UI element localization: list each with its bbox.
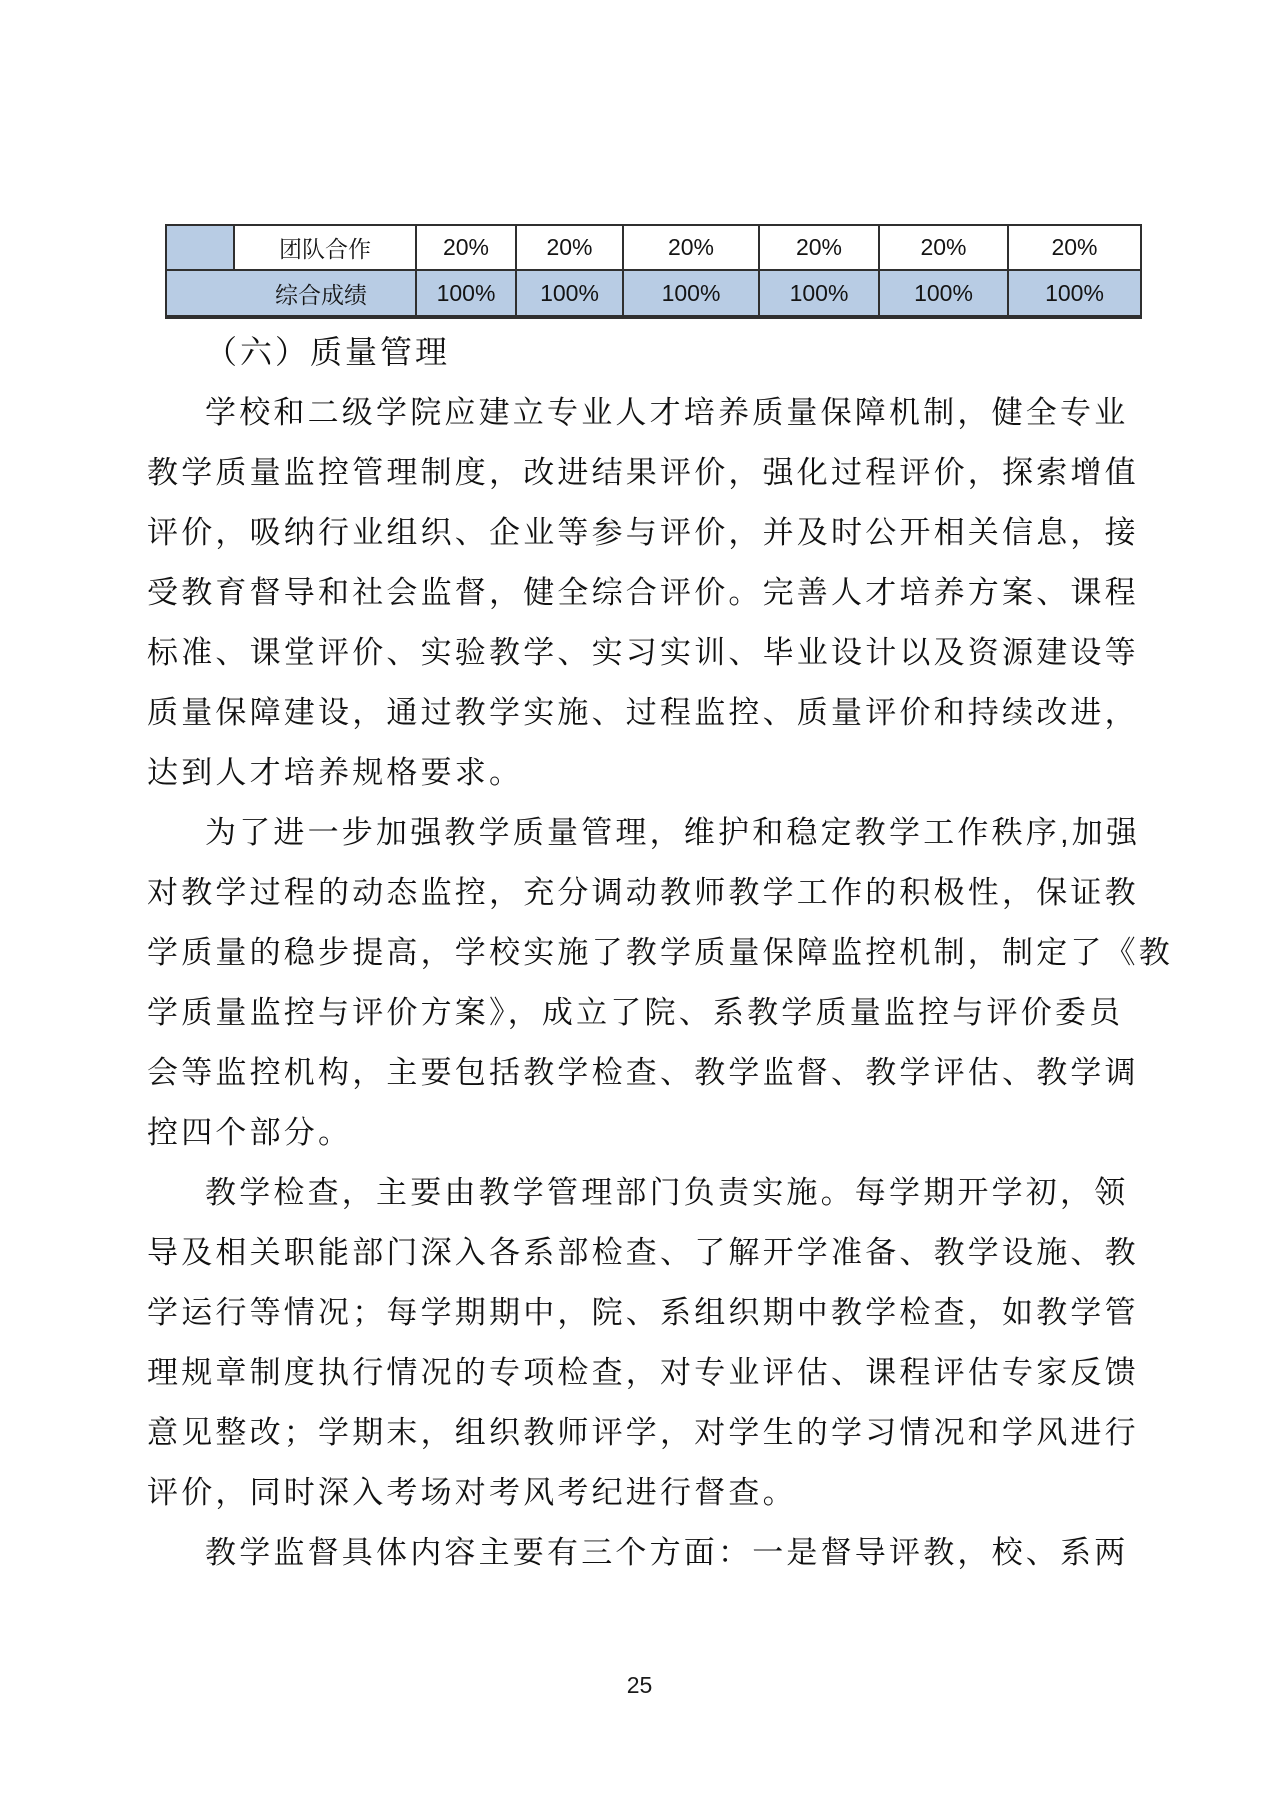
text-line: 教学监督具体内容主要有三个方面：一是督导评教，校、系两 — [147, 1523, 1139, 1583]
score-table-wrap: 团队合作20%20%20%20%20%20%综合成绩100%100%100%10… — [165, 224, 1142, 319]
table-cell: 100% — [416, 270, 516, 317]
section-heading: （六）质量管理 — [147, 332, 450, 372]
text-line: 学质量的稳步提高，学校实施了教学质量保障监控机制，制定了《教 — [147, 923, 1139, 983]
page-number: 25 — [0, 1672, 1279, 1699]
text-line: 意见整改；学期末，组织教师评学，对学生的学习情况和学风进行 — [147, 1403, 1139, 1463]
text-line: 评价，同时深入考场对考风考纪进行督查。 — [147, 1463, 1139, 1523]
document-body: 学校和二级学院应建立专业人才培养质量保障机制，健全专业教学质量监控管理制度，改进… — [147, 383, 1139, 1583]
text-line: 学校和二级学院应建立专业人才培养质量保障机制，健全专业 — [147, 383, 1139, 443]
text-line: 质量保障建设，通过教学实施、过程监控、质量评价和持续改进， — [147, 683, 1139, 743]
table-cell: 综合成绩 — [166, 270, 416, 317]
table-cell: 20% — [879, 225, 1008, 270]
document-page: 团队合作20%20%20%20%20%20%综合成绩100%100%100%10… — [0, 0, 1279, 1809]
table-row: 团队合作20%20%20%20%20%20% — [166, 225, 1141, 270]
table-cell — [166, 225, 234, 270]
text-line: 为了进一步加强教学质量管理，维护和稳定教学工作秩序,加强 — [147, 803, 1139, 863]
table-cell: 20% — [759, 225, 879, 270]
table-cell: 20% — [416, 225, 516, 270]
table-cell: 100% — [759, 270, 879, 317]
text-line: 会等监控机构，主要包括教学检查、教学监督、教学评估、教学调 — [147, 1043, 1139, 1103]
table-cell: 100% — [1008, 270, 1141, 317]
table-cell: 20% — [623, 225, 759, 270]
text-line: 达到人才培养规格要求。 — [147, 743, 1139, 803]
text-line: 理规章制度执行情况的专项检查，对专业评估、课程评估专家反馈 — [147, 1343, 1139, 1403]
text-line: 学运行等情况；每学期期中，院、系组织期中教学检查，如教学管 — [147, 1283, 1139, 1343]
text-line: 教学检查，主要由教学管理部门负责实施。每学期开学初，领 — [147, 1163, 1139, 1223]
text-line: 控四个部分。 — [147, 1103, 1139, 1163]
table-cell: 100% — [623, 270, 759, 317]
score-table: 团队合作20%20%20%20%20%20%综合成绩100%100%100%10… — [165, 224, 1142, 319]
table-row: 综合成绩100%100%100%100%100%100% — [166, 270, 1141, 317]
text-line: 导及相关职能部门深入各系部检查、了解开学准备、教学设施、教 — [147, 1223, 1139, 1283]
text-line: 教学质量监控管理制度，改进结果评价，强化过程评价，探索增值 — [147, 443, 1139, 503]
table-cell: 100% — [879, 270, 1008, 317]
score-table-body: 团队合作20%20%20%20%20%20%综合成绩100%100%100%10… — [166, 225, 1141, 317]
table-cell: 100% — [516, 270, 623, 317]
text-line: 对教学过程的动态监控，充分调动教师教学工作的积极性，保证教 — [147, 863, 1139, 923]
table-cell: 20% — [1008, 225, 1141, 270]
text-line: 受教育督导和社会监督，健全综合评价。完善人才培养方案、课程 — [147, 563, 1139, 623]
text-line: 学质量监控与评价方案》，成立了院、系教学质量监控与评价委员 — [147, 983, 1139, 1043]
text-line: 标准、课堂评价、实验教学、实习实训、毕业设计以及资源建设等 — [147, 623, 1139, 683]
text-line: 评价，吸纳行业组织、企业等参与评价，并及时公开相关信息，接 — [147, 503, 1139, 563]
table-cell: 团队合作 — [234, 225, 416, 270]
table-cell: 20% — [516, 225, 623, 270]
